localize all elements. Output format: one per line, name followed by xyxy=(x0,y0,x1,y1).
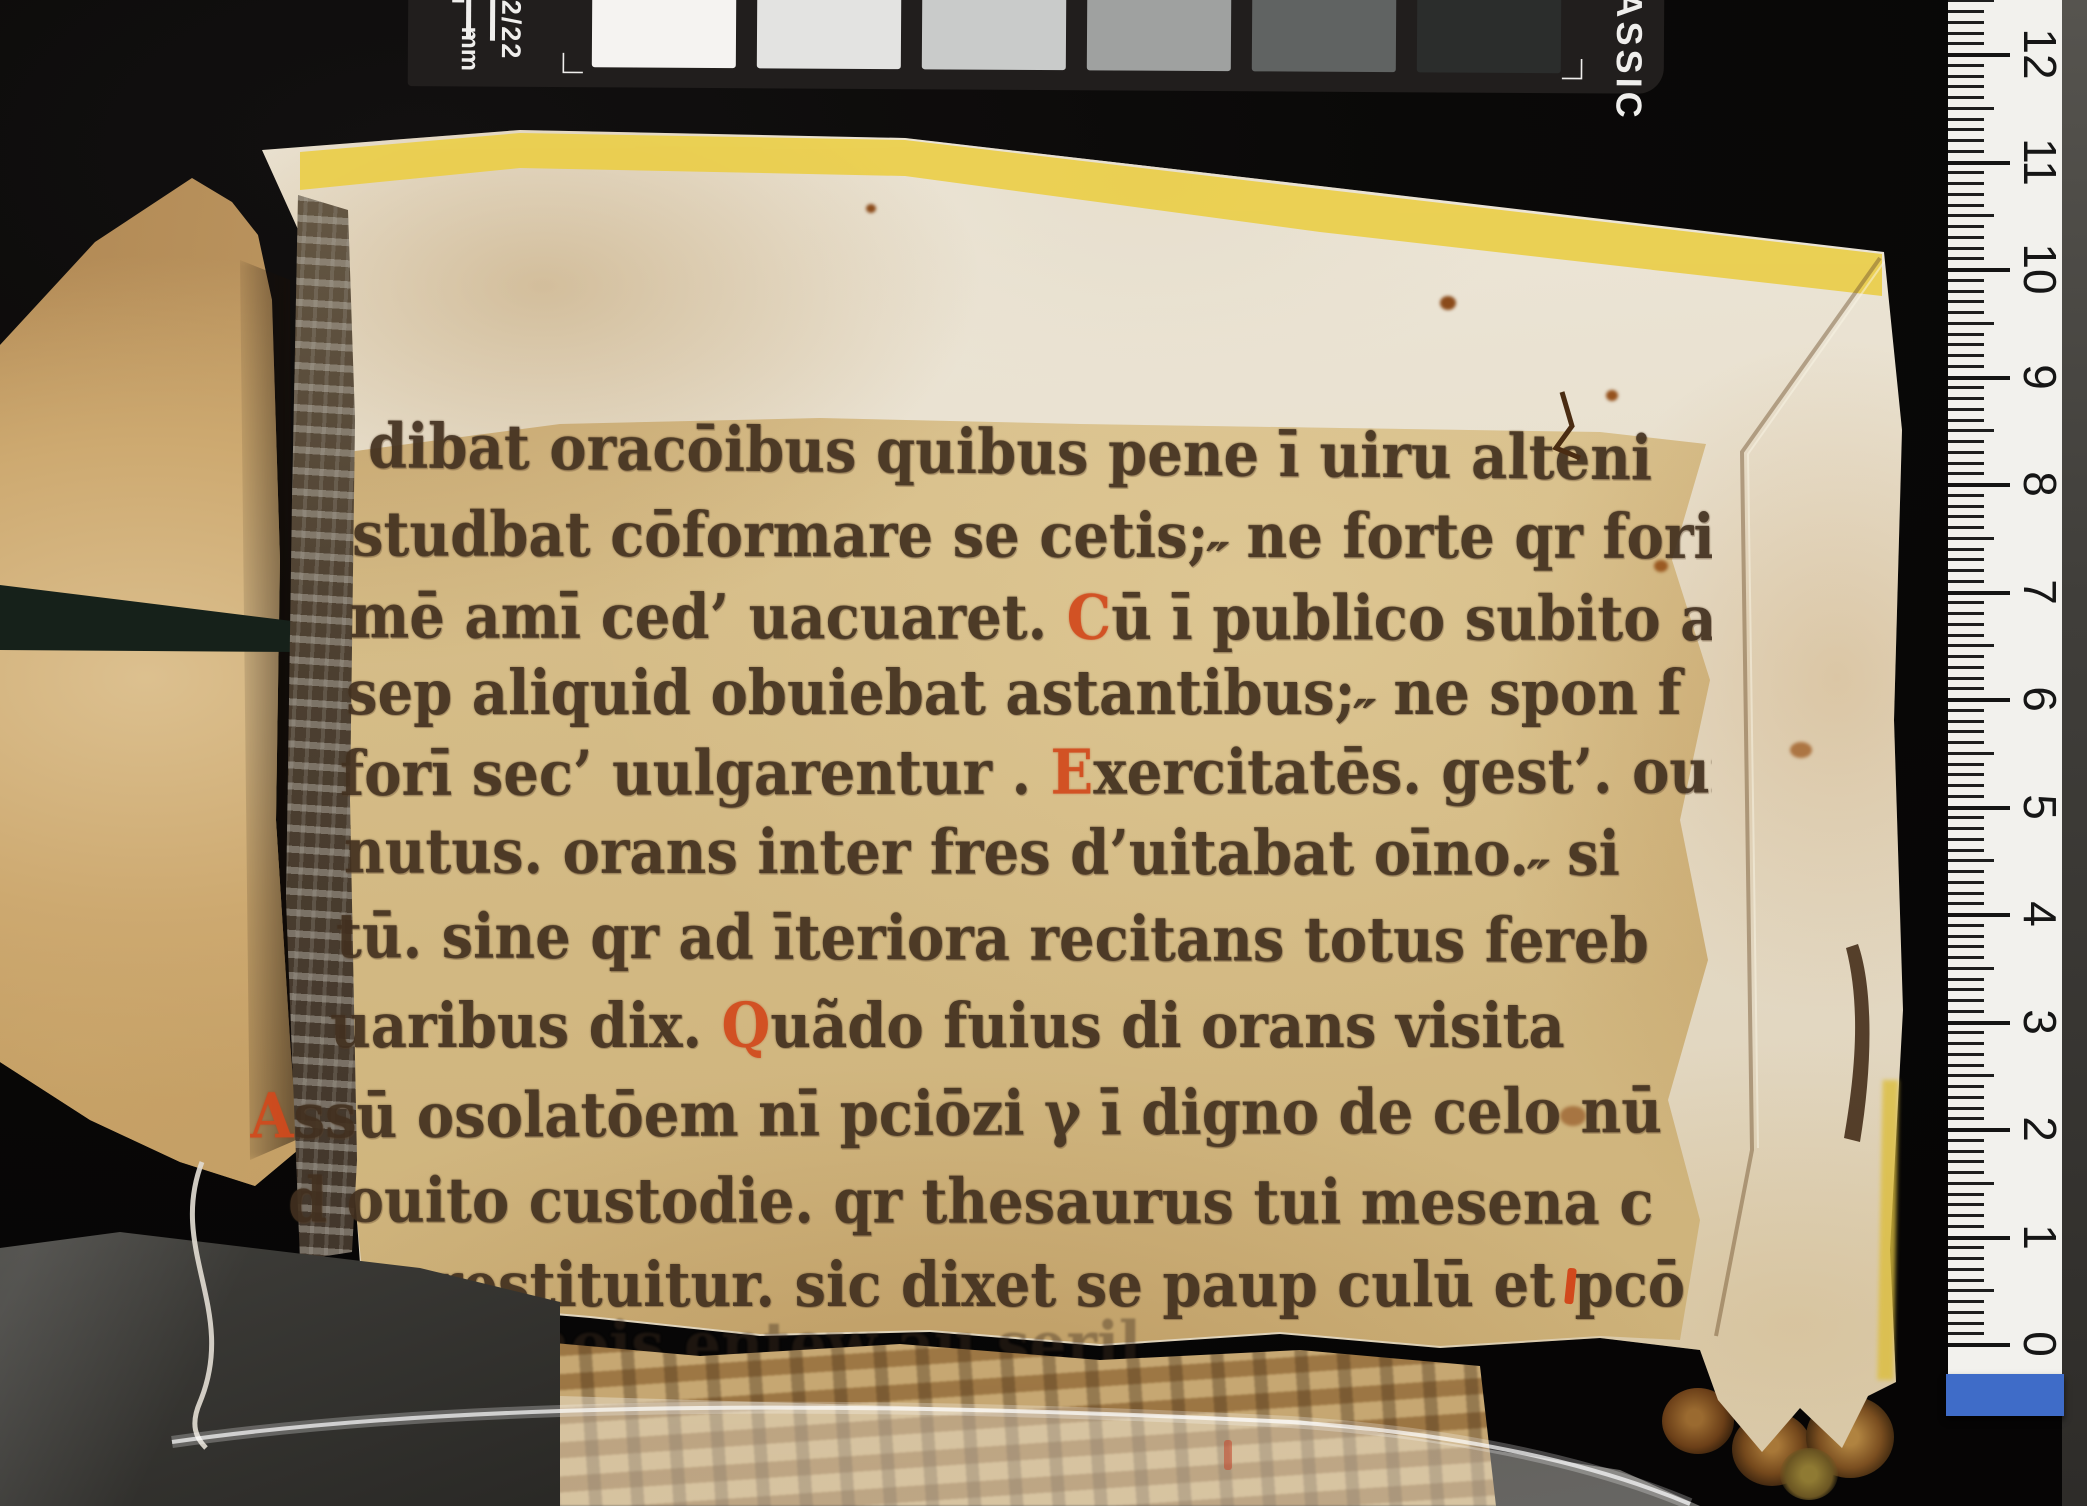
ruler-tick xyxy=(1948,408,1984,411)
card-unit-label: mm xyxy=(455,26,484,71)
ruler-tick xyxy=(1948,354,1984,357)
rust-spot xyxy=(1790,742,1812,758)
ruler-tick xyxy=(1948,150,1984,153)
ruler-tick xyxy=(1948,451,1984,454)
ruler-tick xyxy=(1948,64,1984,67)
line-text: xercitatēs. gest’. oui xyxy=(1093,735,1712,809)
ruler-tick xyxy=(1948,343,1984,346)
ruler-tick xyxy=(1948,956,1984,959)
ruler-tick xyxy=(1948,548,1984,551)
ruler-tick xyxy=(1948,623,1984,626)
ruler-number: 5 xyxy=(2013,777,2067,837)
ruler-tick xyxy=(1948,505,1984,508)
ruler-tick xyxy=(1948,0,1994,2)
ruler-tick xyxy=(1948,698,2010,702)
ruler-tick xyxy=(1948,85,1984,88)
ruler-tick xyxy=(1948,290,1984,293)
ruler-tick xyxy=(1948,419,1984,422)
ruler-tick xyxy=(1948,1225,1984,1228)
text-line: dibat oracōibus quibus pene ī uiru alten… xyxy=(368,410,1713,495)
rubricated-initial: A xyxy=(250,1080,294,1153)
gray-patch xyxy=(1252,0,1396,72)
ruler-tick xyxy=(1948,225,1984,228)
ruler-tick xyxy=(1948,1236,2010,1240)
ruler-tick xyxy=(1948,236,1984,239)
text-line: sep aliquid obuiebat astantibus;˶ ne spo… xyxy=(346,657,1712,730)
line-text: mē amī ced’ uacuaret. xyxy=(350,580,1067,654)
ruler-tick xyxy=(1948,1107,1984,1110)
ruler-tick xyxy=(1948,32,1984,35)
ruler-tick xyxy=(1948,784,1984,787)
ruler-tick xyxy=(1948,42,1984,45)
ruler-tick xyxy=(1948,537,1994,540)
ruler-number: 1 xyxy=(2013,1207,2067,1267)
rubricated-initial: Q xyxy=(721,990,770,1063)
gray-patch xyxy=(757,0,901,69)
ruler-tick xyxy=(1948,687,1984,690)
text-line: mē amī ced’ uacuaret. Cū ī publico subit… xyxy=(350,580,1712,655)
ruler-tick xyxy=(1948,720,1984,723)
ruler-tick xyxy=(1948,967,1994,970)
ruler-tick xyxy=(1948,268,2010,272)
line-text: tū. sine qr ad īteriora recitans totus f… xyxy=(336,900,1649,978)
ruler-tick xyxy=(1948,1332,1984,1335)
card-scale-mark xyxy=(452,0,464,3)
ruler-tick xyxy=(1948,311,1984,314)
ruler-tick xyxy=(1948,1074,1994,1077)
ruler-tick xyxy=(1948,247,1984,250)
ruler-tick xyxy=(1948,1300,1984,1303)
ruler-tick xyxy=(1948,752,1994,755)
ruler-tick xyxy=(1948,591,2010,595)
ruler-tick xyxy=(1948,677,1984,680)
card-corner-mark-right: ∟ xyxy=(1556,49,1590,88)
photo-stage: 02/22 mm ∟ ∟ ASSIC dibat oracōibus quibu… xyxy=(0,0,2087,1506)
ruler-tick xyxy=(1948,913,2010,917)
line-text: sep aliquid obuiebat astantibus;˶ ne spo… xyxy=(346,657,1682,730)
ruler-number: 4 xyxy=(2013,884,2067,944)
ruler-tick xyxy=(1948,1010,1984,1013)
ruler-tick xyxy=(1948,988,1984,991)
ruler-tick xyxy=(1948,214,1994,217)
calibration-card: 02/22 mm ∟ ∟ ASSIC xyxy=(408,0,1665,94)
ruler-tick xyxy=(1948,1246,1984,1249)
ruler-tick xyxy=(1948,193,1984,196)
ruler-tick xyxy=(1948,1289,1994,1292)
ruler-tick xyxy=(1948,644,1994,647)
ruler-tick xyxy=(1948,1064,1984,1067)
ruler-tick xyxy=(1948,397,1984,400)
ruler-tick xyxy=(1948,1279,1984,1282)
ruler-tick xyxy=(1948,204,1984,207)
text-line: nutus. orans inter fres d’uitabat oīno.˶… xyxy=(344,815,1712,890)
ruler-tick xyxy=(1948,1182,1994,1185)
ruler-number: 9 xyxy=(2013,347,2067,407)
ruler-tick xyxy=(1948,526,1984,529)
ruler-tick xyxy=(1948,139,1984,142)
line-text: dibat oracōibus quibus pene ī uiru alten… xyxy=(368,410,1653,495)
ruler-tick xyxy=(1948,795,1984,798)
ruler-number: 0 xyxy=(2013,1314,2067,1374)
blue-tape xyxy=(1946,1374,2064,1416)
line-text: nutus. orans inter fres d’uitabat oīno.˶… xyxy=(344,815,1620,890)
ruler-tick xyxy=(1948,655,1984,658)
ruler-tick xyxy=(1948,741,1984,744)
gray-patch xyxy=(922,0,1066,70)
ruler-tick xyxy=(1948,1021,2010,1025)
ruler-number: 6 xyxy=(2013,669,2067,729)
ruler-tick xyxy=(1948,257,1984,260)
ruler-tick xyxy=(1948,999,1984,1002)
ruler-tick xyxy=(1948,978,1984,981)
ruler-tick xyxy=(1948,1171,1984,1174)
card-corner-mark-left: ∟ xyxy=(556,43,590,82)
gray-patch xyxy=(1417,0,1561,73)
ruler-tick xyxy=(1948,75,1984,78)
ruler-tick xyxy=(1948,806,2010,810)
text-line: uaribus dix. Quãdo fuius di orans visita xyxy=(330,990,1712,1063)
ruler-tick xyxy=(1948,1150,1984,1153)
ruler-number: 8 xyxy=(2013,454,2067,514)
card-date-label: 02/22 xyxy=(495,0,526,60)
line-text: ū ī publico subito a xyxy=(1111,582,1712,656)
ruler-tick xyxy=(1948,429,1994,432)
line-text: studbat cōformare se cetis;˶ ne forte qr… xyxy=(352,498,1712,573)
ruler-tick xyxy=(1948,1214,1984,1217)
ruler-tick xyxy=(1948,709,1984,712)
ruler-number: 7 xyxy=(2013,562,2067,622)
ruler-tick xyxy=(1948,333,1984,336)
ruler-tick xyxy=(1948,634,1984,637)
rust-spot xyxy=(1606,390,1618,401)
ruler-tick xyxy=(1948,300,1984,303)
ruler-tick xyxy=(1948,773,1984,776)
ruler: 0123456789101112 xyxy=(1948,0,2066,1392)
ruler-tick xyxy=(1948,10,1984,13)
ruler-tick xyxy=(1948,1257,1984,1260)
ruler-tick xyxy=(1948,763,1984,766)
ruler-tick xyxy=(1948,462,1984,465)
ruler-tick xyxy=(1948,558,1984,561)
gray-patch xyxy=(1087,0,1231,71)
line-text: uaribus dix. xyxy=(330,990,721,1063)
ruler-tick xyxy=(1948,1203,1984,1206)
ruler-tick xyxy=(1948,322,1994,325)
rubricated-initial: E xyxy=(1050,737,1093,810)
ruler-tick xyxy=(1948,902,1984,905)
line-text: ssū osolatōem nī pciōzi γ ī digno de cel… xyxy=(293,1075,1662,1153)
line-text: d ouito custodie. qr thesaurus tui mesen… xyxy=(288,1164,1654,1239)
ruler-tick xyxy=(1948,376,2010,380)
ruler-number: 12 xyxy=(2013,24,2067,84)
ruler-tick xyxy=(1948,1053,1984,1056)
ruler-tick xyxy=(1948,569,1984,572)
ruler-tick xyxy=(1948,730,1984,733)
ruler-number: 11 xyxy=(2013,132,2067,192)
rust-spot xyxy=(866,204,876,213)
ruler-tick xyxy=(1948,1128,2010,1132)
ruler-tick xyxy=(1948,935,1984,938)
ruler-tick xyxy=(1948,816,1984,819)
ruler-tick xyxy=(1948,838,1984,841)
gray-patch xyxy=(592,0,736,68)
ruler-tick xyxy=(1948,1031,1984,1034)
ruler-tick xyxy=(1948,1343,2010,1347)
ruler-tick xyxy=(1948,1117,1984,1120)
ruler-tick xyxy=(1948,892,1984,895)
ruler-tick xyxy=(1948,53,2010,57)
ruler-tick xyxy=(1948,1085,1984,1088)
ruler-tick xyxy=(1948,870,1984,873)
ruler-tick xyxy=(1948,440,1984,443)
ruler-tick xyxy=(1948,386,1984,389)
ruler-tick xyxy=(1948,1193,1984,1196)
ruler-tick xyxy=(1948,1268,1984,1271)
rubricated-initial: C xyxy=(1067,582,1112,655)
ruler-tick xyxy=(1948,21,1984,24)
ruler-tick xyxy=(1948,601,1984,604)
text-line: Assū osolatōem nī pciōzi γ ī digno de ce… xyxy=(250,1075,1712,1153)
text-line: studbat cōformare se cetis;˶ ne forte qr… xyxy=(352,498,1712,573)
text-line: d ouito custodie. qr thesaurus tui mesen… xyxy=(288,1164,1712,1239)
ruler-tick xyxy=(1948,1139,1984,1142)
ruler-tick xyxy=(1948,472,1984,475)
ruler-tick xyxy=(1948,924,1984,927)
ruler-tick xyxy=(1948,580,1984,583)
ruler-tick xyxy=(1948,494,1984,497)
ruler-tick xyxy=(1948,365,1984,368)
ruler-number: 10 xyxy=(2013,239,2067,299)
rust-spot xyxy=(1440,296,1456,310)
ruler-number: 3 xyxy=(2013,992,2067,1052)
ruler-tick xyxy=(1948,96,1984,99)
ruler-tick xyxy=(1948,849,1984,852)
ruler-tick xyxy=(1948,1042,1984,1045)
ruler-tick xyxy=(1948,612,1984,615)
ruler-tick xyxy=(1948,881,1984,884)
text-line: tū. sine qr ad īteriora recitans totus f… xyxy=(336,900,1712,978)
card-brand-label: ASSIC xyxy=(1607,0,1650,122)
sewing-cord xyxy=(1780,1448,1838,1500)
line-text: forī sec’ uulgarentur . xyxy=(340,737,1051,811)
ruler-tick xyxy=(1948,107,1994,110)
line-text: uãdo fuius di orans visita xyxy=(770,990,1564,1063)
ruler-tick xyxy=(1948,945,1984,948)
ruler-tick xyxy=(1948,827,1984,830)
ruler-number: 2 xyxy=(2013,1099,2067,1159)
ruler-tick xyxy=(1948,1322,1984,1325)
ruler-tick xyxy=(1948,171,1984,174)
ruler-tick xyxy=(1948,118,1984,121)
ruler-tick xyxy=(1948,161,2010,165)
ruler-tick xyxy=(1948,1160,1984,1163)
ruler-tick xyxy=(1948,1096,1984,1099)
ruler-tick xyxy=(1948,859,1994,862)
cradle-edge xyxy=(2062,0,2087,1506)
ruler-tick xyxy=(1948,279,1984,282)
ruler-tick xyxy=(1948,666,1984,669)
ruler-tick xyxy=(1948,128,1984,131)
ruler-tick xyxy=(1948,182,1984,185)
ruler-tick xyxy=(1948,1311,1984,1314)
text-line: forī sec’ uulgarentur . Exercitatēs. ges… xyxy=(340,735,1712,810)
ruler-tick xyxy=(1948,515,1984,518)
ruler-tick xyxy=(1948,483,2010,487)
